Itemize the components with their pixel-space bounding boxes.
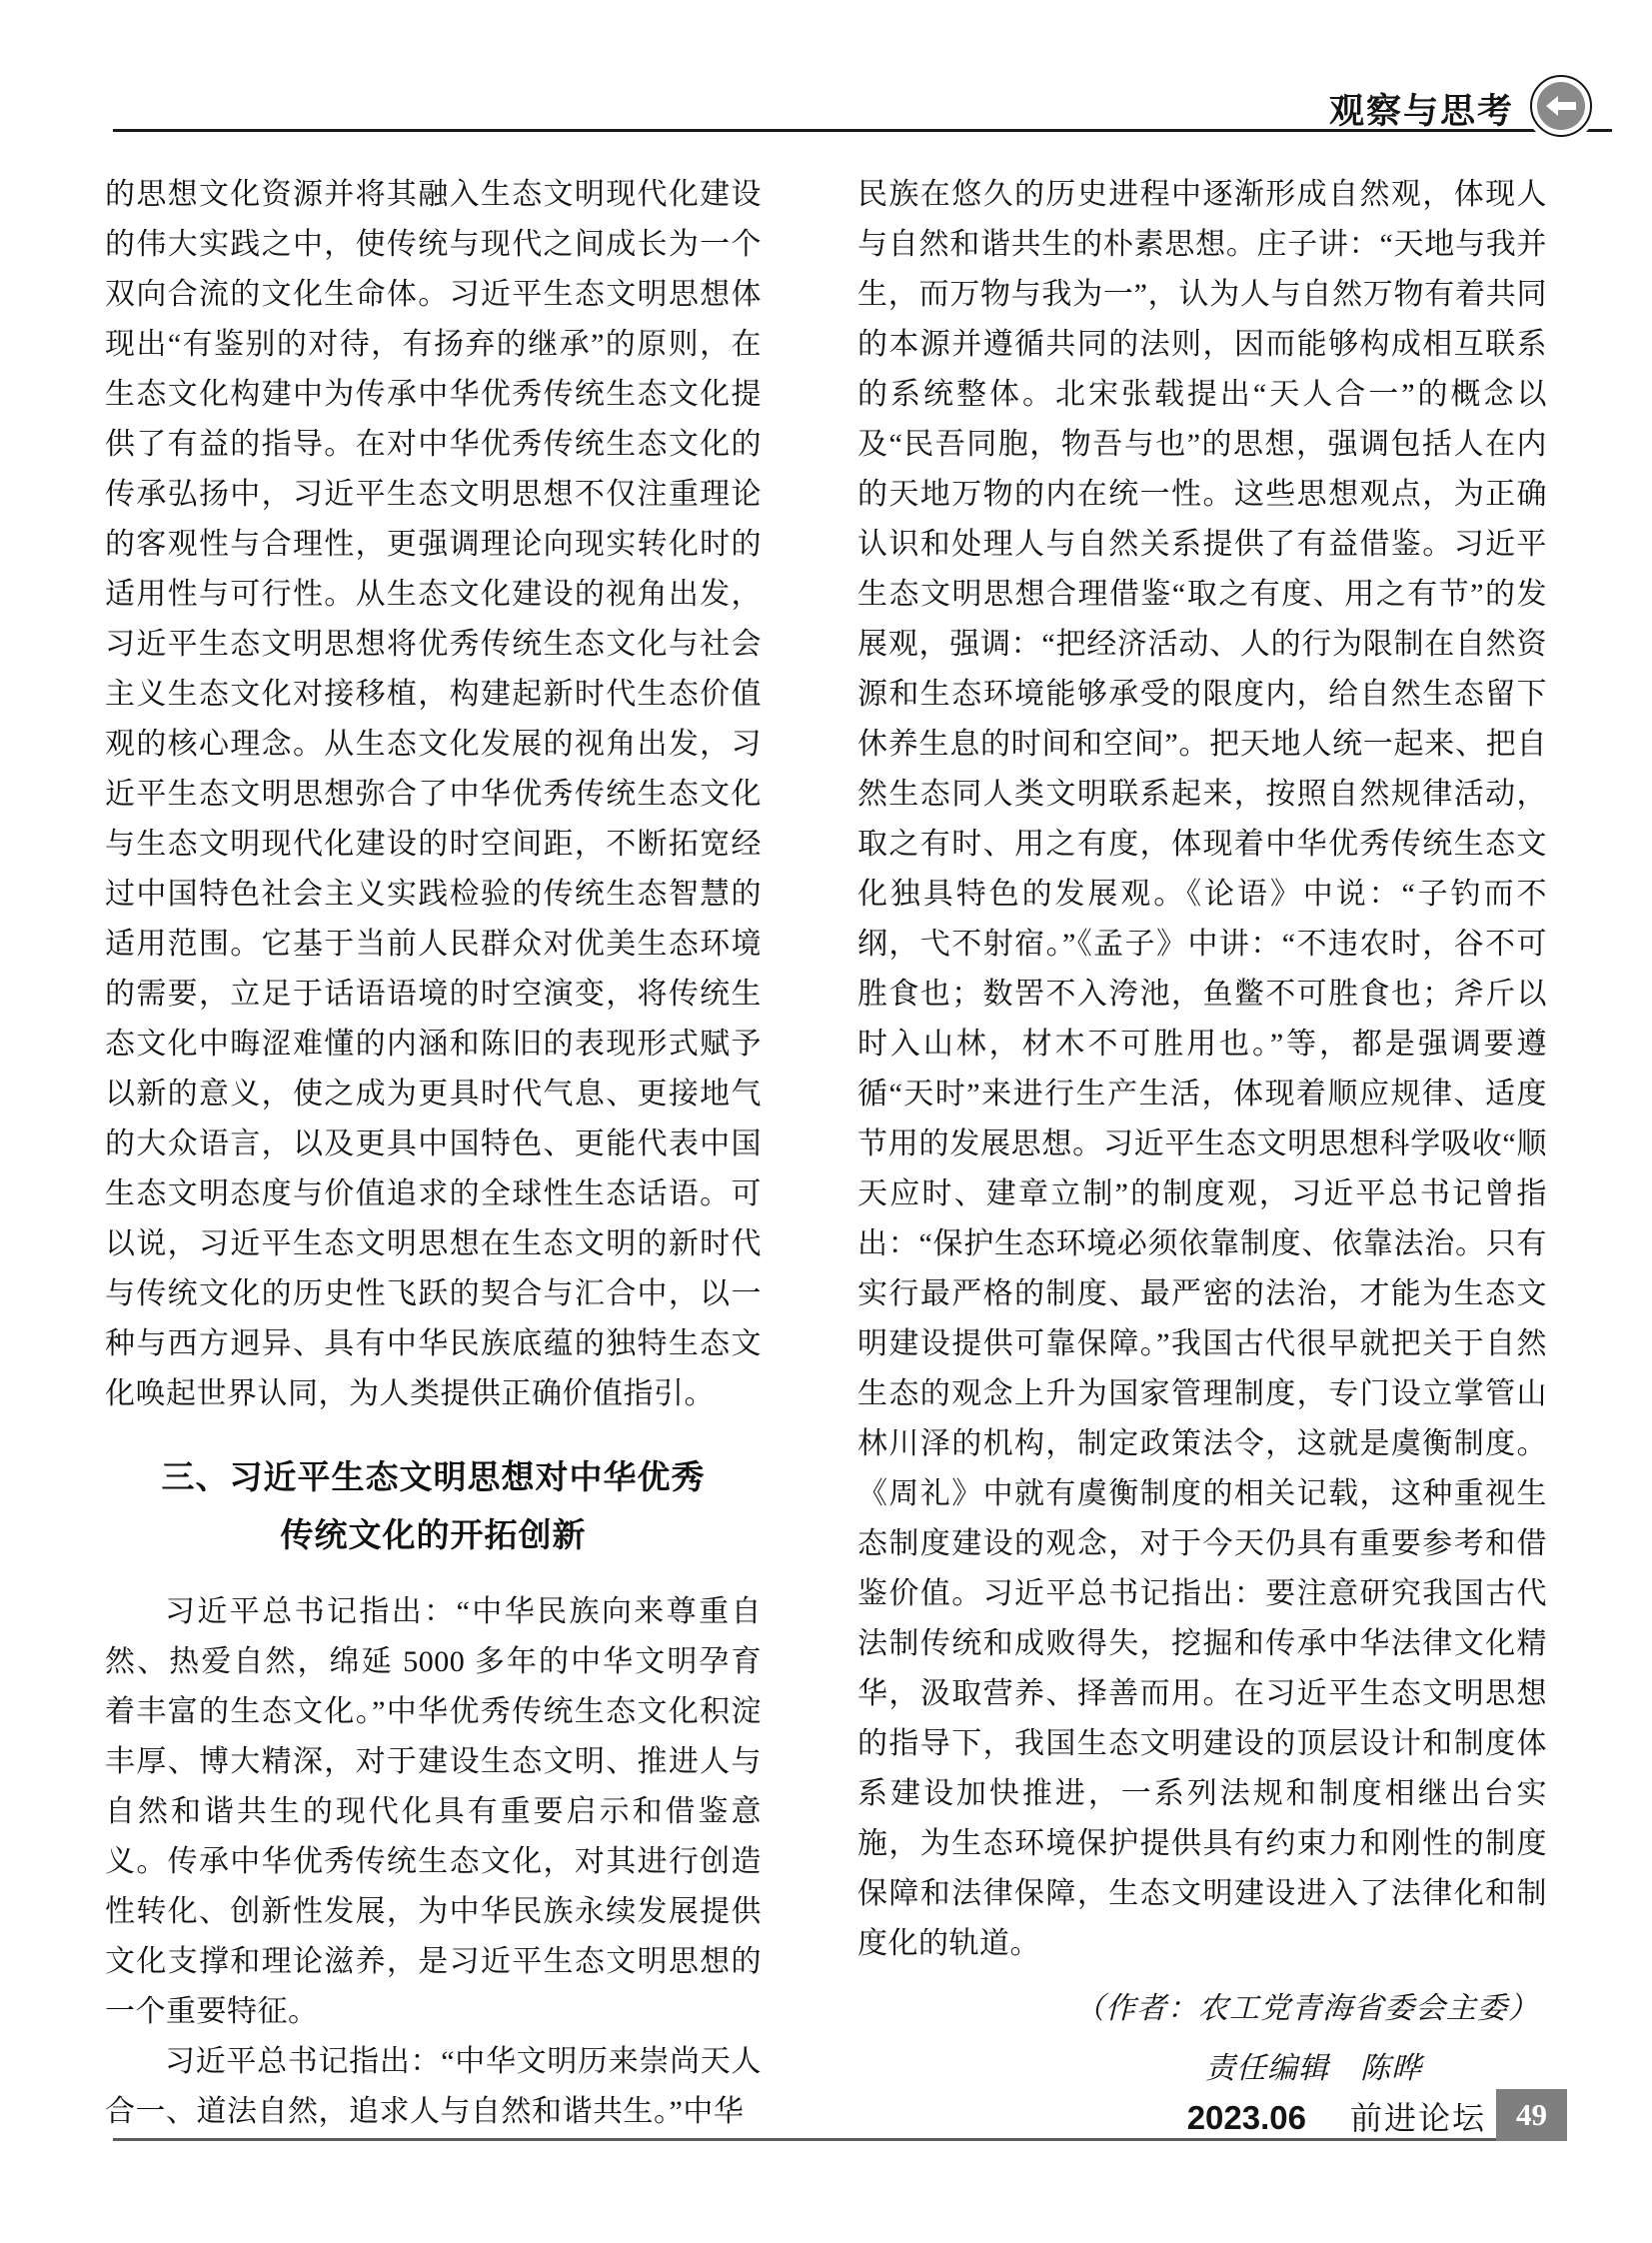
editor-attribution: 责任编辑 陈晔	[857, 2039, 1547, 2099]
paragraph: 民族在悠久的历史进程中逐渐形成自然观，体现人与自然和谐共生的朴素思想。庄子讲：“…	[857, 170, 1547, 1969]
journal-name: 前进论坛	[1350, 2093, 1486, 2139]
section-heading: 三、习近平生态文明思想对中华优秀 传统文化的开拓创新	[105, 1449, 762, 1565]
page-number-badge: 49	[1496, 2089, 1567, 2141]
paragraph: 习近平总书记指出：“中华文明历来崇尚天人合一、道法自然，追求人与自然和谐共生。”…	[105, 2037, 762, 2137]
section-heading-line-2: 传统文化的开拓创新	[281, 1518, 587, 1554]
issue-number: 2023.06	[1187, 2099, 1306, 2137]
footer: 2023.06 前进论坛	[1187, 2093, 1486, 2139]
column-title: 观察与思考	[1329, 84, 1499, 134]
right-column: 民族在悠久的历史进程中逐渐形成自然观，体现人与自然和谐共生的朴素思想。庄子讲：“…	[857, 170, 1547, 2099]
paragraph: 习近平总书记指出：“中华民族向来尊重自然、热爱自然，绵延 5000 多年的中华文…	[105, 1587, 762, 2037]
paragraph: 的思想文化资源并将其融入生态文明现代化建设的伟大实践之中，使传统与现代之间成长为…	[105, 170, 762, 1419]
journal-page: 观察与思考 的思想文化资源并将其融入生态文明现代化建设的伟大实践之中，使传统与现…	[0, 0, 1652, 2243]
article-body: 的思想文化资源并将其融入生态文明现代化建设的伟大实践之中，使传统与现代之间成长为…	[105, 170, 1547, 2137]
section-heading-line-1: 三、习近平生态文明思想对中华优秀	[162, 1460, 706, 1496]
author-attribution: （作者：农工党青海省委会主委）	[857, 1979, 1547, 2039]
back-arrow-icon	[1527, 72, 1595, 140]
left-column: 的思想文化资源并将其融入生态文明现代化建设的伟大实践之中，使传统与现代之间成长为…	[105, 170, 762, 2137]
